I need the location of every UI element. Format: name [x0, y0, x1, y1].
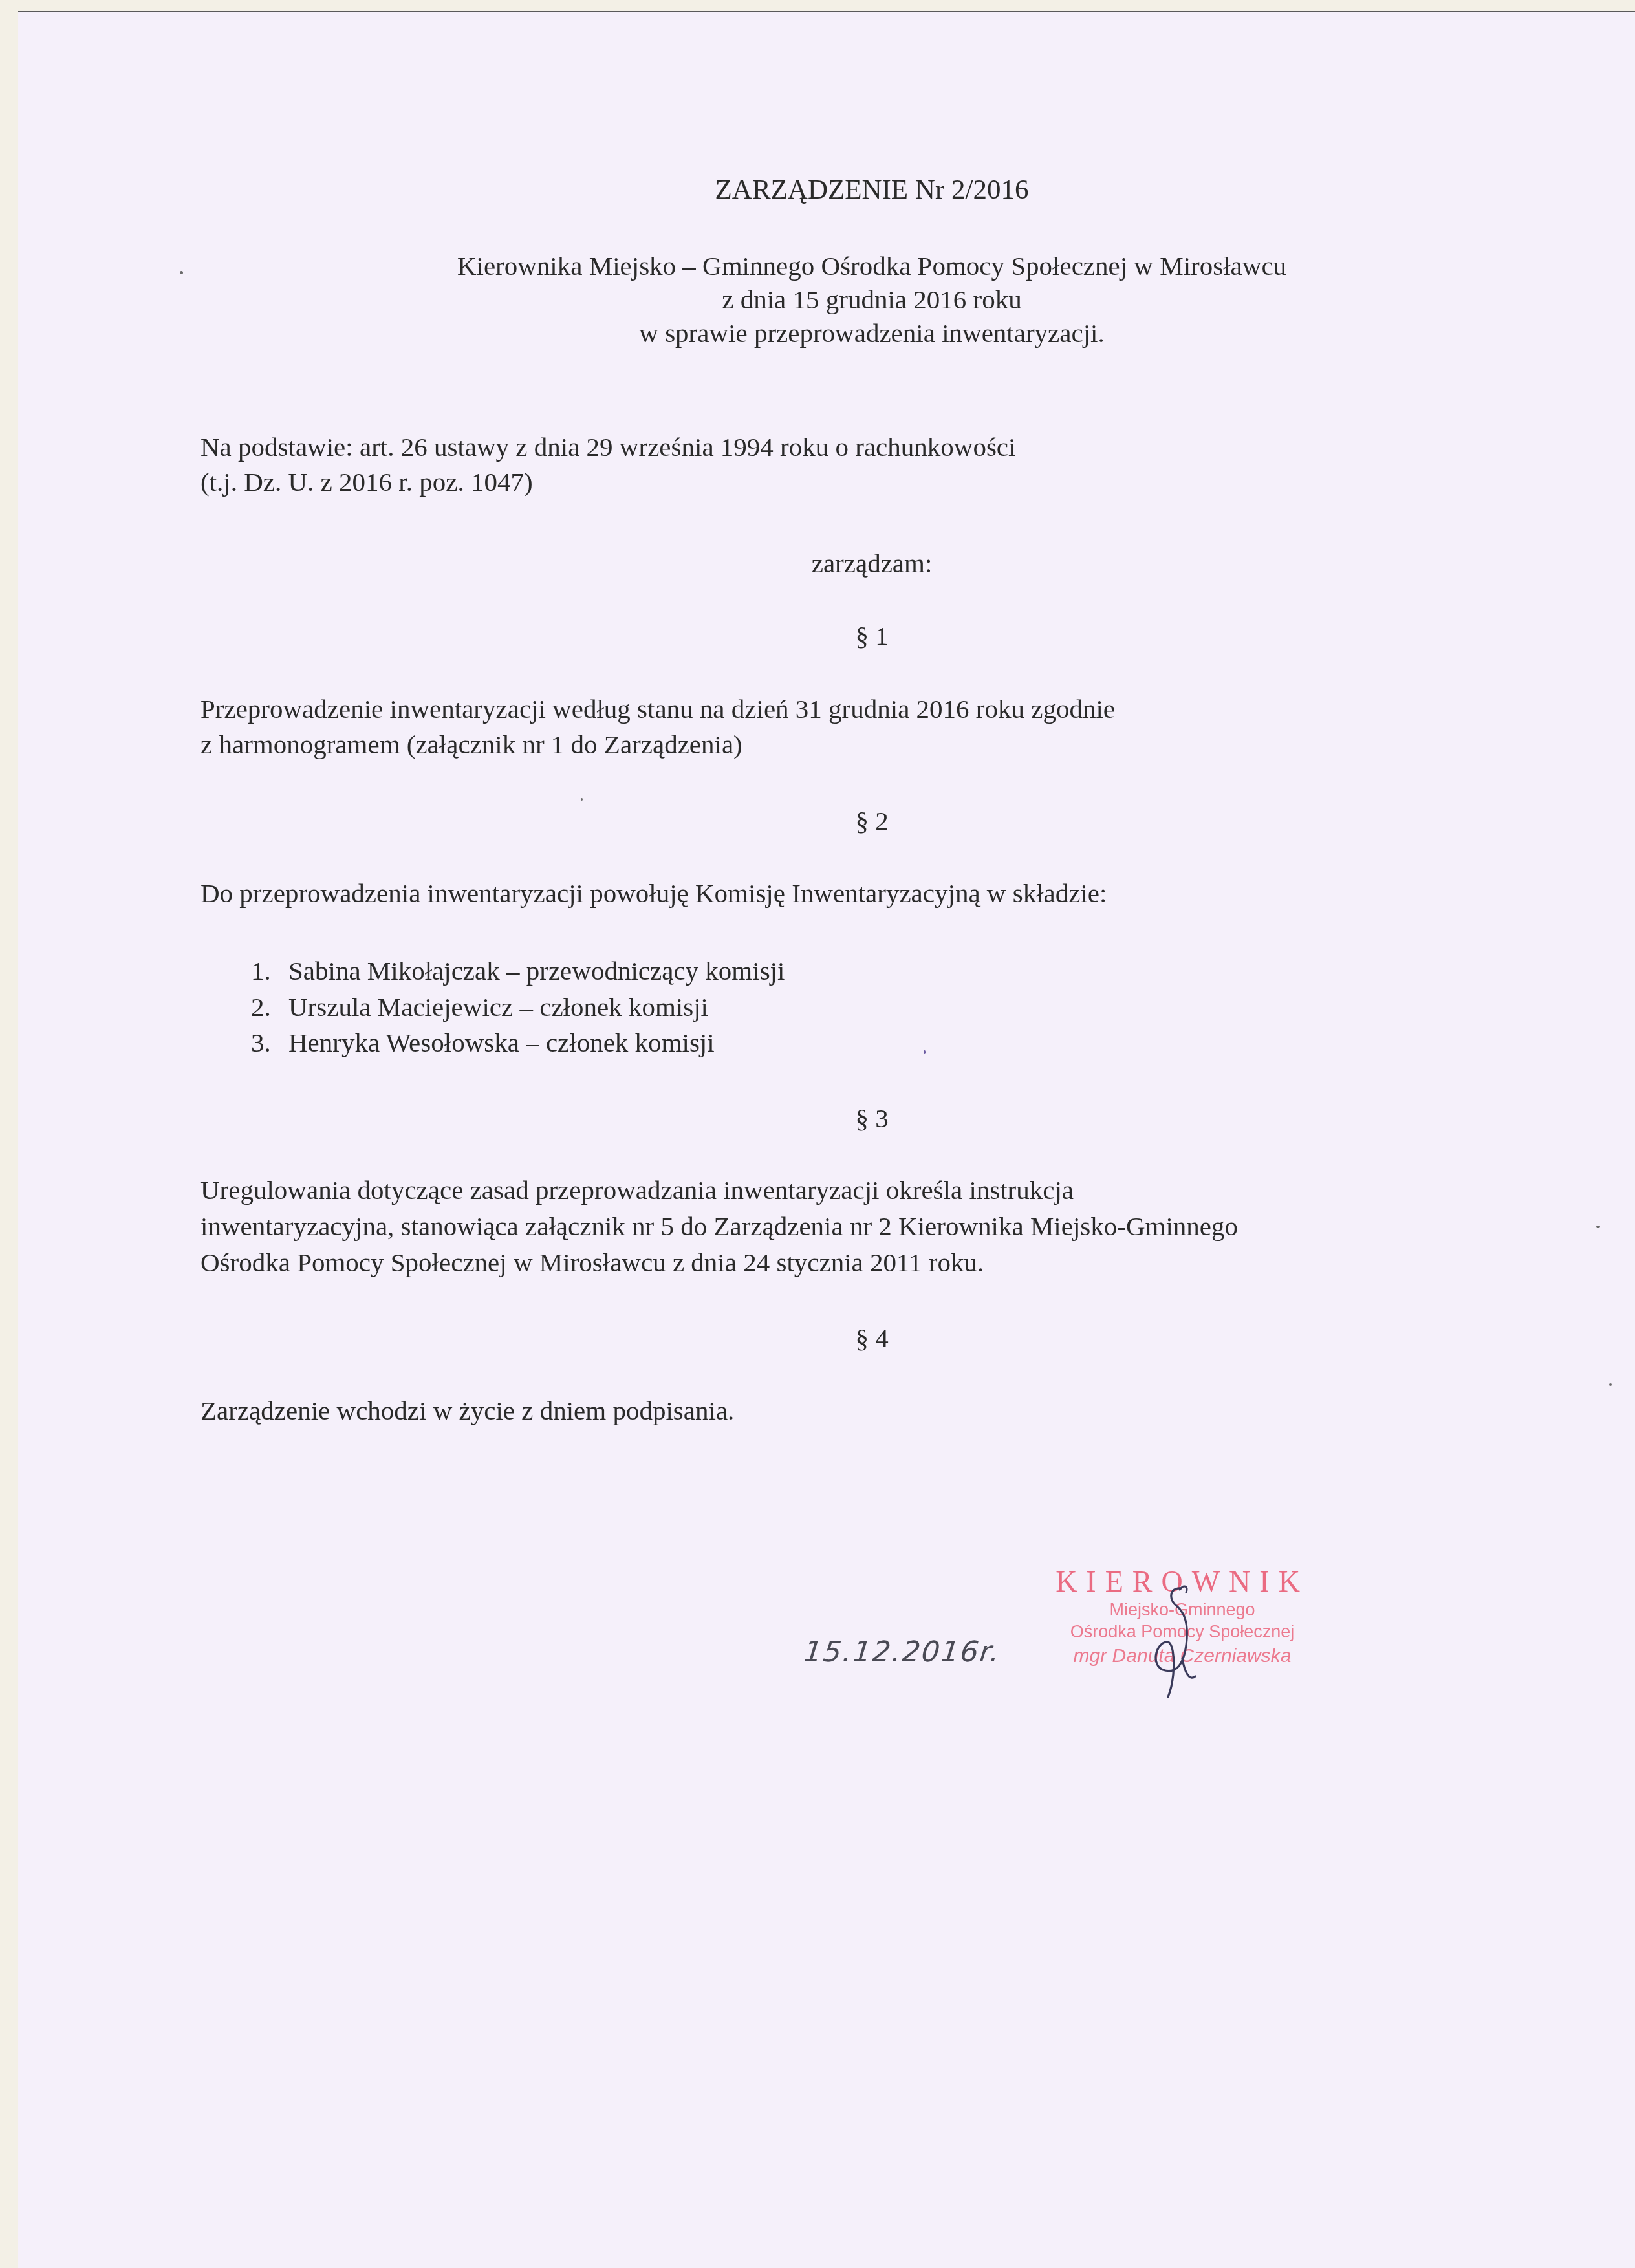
section-3-line-3: Ośrodka Pomocy Społecznej w Mirosławcu z… [200, 1247, 984, 1278]
commission-member: 2.Urszula Maciejewicz – członek komisji [251, 991, 708, 1022]
scan-speck [924, 1050, 926, 1054]
handwritten-date: 15.12.2016r. [802, 1636, 1002, 1669]
scan-speck [581, 798, 583, 801]
section-2-line-1: Do przeprowadzenia inwentaryzacji powołu… [200, 878, 1107, 909]
ordering-word: zarządzam: [18, 548, 1635, 579]
member-text: Sabina Mikołajczak – przewodniczący komi… [288, 956, 785, 986]
list-number: 2. [251, 991, 288, 1022]
section-1-line-1: Przeprowadzenie inwentaryzacji według st… [200, 693, 1115, 724]
document-subject: w sprawie przeprowadzenia inwentaryzacji… [18, 318, 1635, 349]
scan-speck [1609, 1383, 1612, 1386]
section-3-line-1: Uregulowania dotyczące zasad przeprowadz… [200, 1174, 1074, 1205]
section-mark-2: § 2 [18, 805, 1635, 836]
scan-speck [1596, 1226, 1600, 1228]
scan-speck [180, 271, 183, 274]
handwritten-signature-icon [1143, 1561, 1215, 1716]
section-mark-1: § 1 [18, 620, 1635, 651]
member-text: Urszula Maciejewicz – członek komisji [288, 992, 708, 1022]
commission-member: 3.Henryka Wesołowska – członek komisji [251, 1027, 715, 1058]
section-4-line-1: Zarządzenie wchodzi w życie z dniem podp… [200, 1395, 734, 1426]
legal-basis-line-2: (t.j. Dz. U. z 2016 r. poz. 1047) [200, 466, 533, 497]
section-1-line-2: z harmonogramem (załącznik nr 1 do Zarzą… [200, 729, 742, 760]
section-mark-4: § 4 [18, 1323, 1635, 1354]
section-mark-3: § 3 [18, 1103, 1635, 1134]
commission-member: 1.Sabina Mikołajczak – przewodniczący ko… [251, 955, 785, 986]
document-issuer: Kierownika Miejsko – Gminnego Ośrodka Po… [18, 250, 1635, 281]
document-page: ZARZĄDZENIE Nr 2/2016 Kierownika Miejsko… [18, 11, 1635, 2268]
document-title: ZARZĄDZENIE Nr 2/2016 [18, 174, 1635, 206]
list-number: 1. [251, 955, 288, 986]
member-text: Henryka Wesołowska – członek komisji [288, 1028, 715, 1057]
document-date: z dnia 15 grudnia 2016 roku [18, 284, 1635, 315]
section-3-line-2: inwentaryzacyjna, stanowiąca załącznik n… [200, 1211, 1238, 1242]
legal-basis-line-1: Na podstawie: art. 26 ustawy z dnia 29 w… [200, 431, 1015, 462]
list-number: 3. [251, 1027, 288, 1058]
